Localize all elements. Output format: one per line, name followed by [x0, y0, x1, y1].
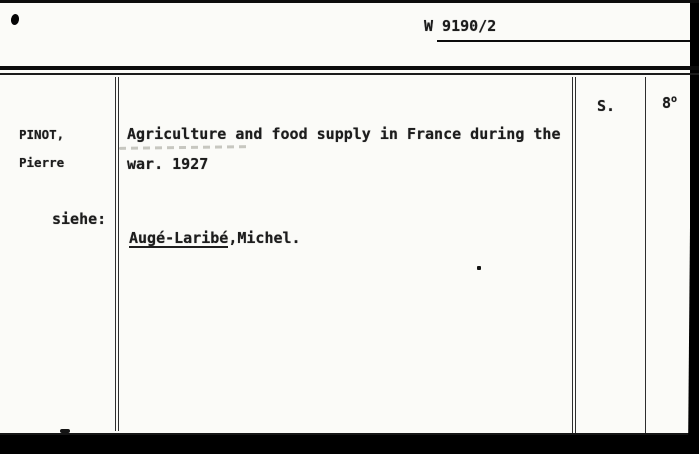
format-mark: 8o: [662, 94, 677, 112]
column-divider-right-inner: [575, 77, 576, 433]
see-reference-target: Augé-Laribé,Michel.: [129, 229, 301, 247]
column-divider-right-outer: [572, 77, 573, 433]
title-line-2: war. 1927: [127, 155, 208, 173]
reference-target-underline: [129, 246, 228, 248]
scanned-catalog-card: W 9190/2 PINOT, Pierre siehe: Agricultur…: [0, 0, 699, 454]
call-number: W 9190/2: [424, 17, 496, 35]
column-divider-format: [645, 77, 646, 433]
series-mark: S.: [597, 97, 615, 115]
column-divider-left-outer: [115, 77, 116, 431]
format-value: 8: [662, 94, 671, 112]
format-superscript: o: [671, 94, 677, 105]
double-rule-thick: [0, 66, 699, 70]
author-surname: PINOT,: [19, 127, 64, 142]
double-rule-thin: [0, 73, 699, 75]
title-line-1: Agriculture and food supply in France du…: [127, 125, 560, 143]
bottom-edge-blob: [60, 429, 70, 433]
see-reference-label: siehe:: [52, 210, 106, 228]
column-divider-left-inner: [118, 77, 119, 431]
author-forename: Pierre: [19, 155, 64, 170]
ink-speck: [477, 266, 481, 270]
call-number-underline: [437, 40, 690, 42]
card-top-edge: [0, 0, 699, 3]
